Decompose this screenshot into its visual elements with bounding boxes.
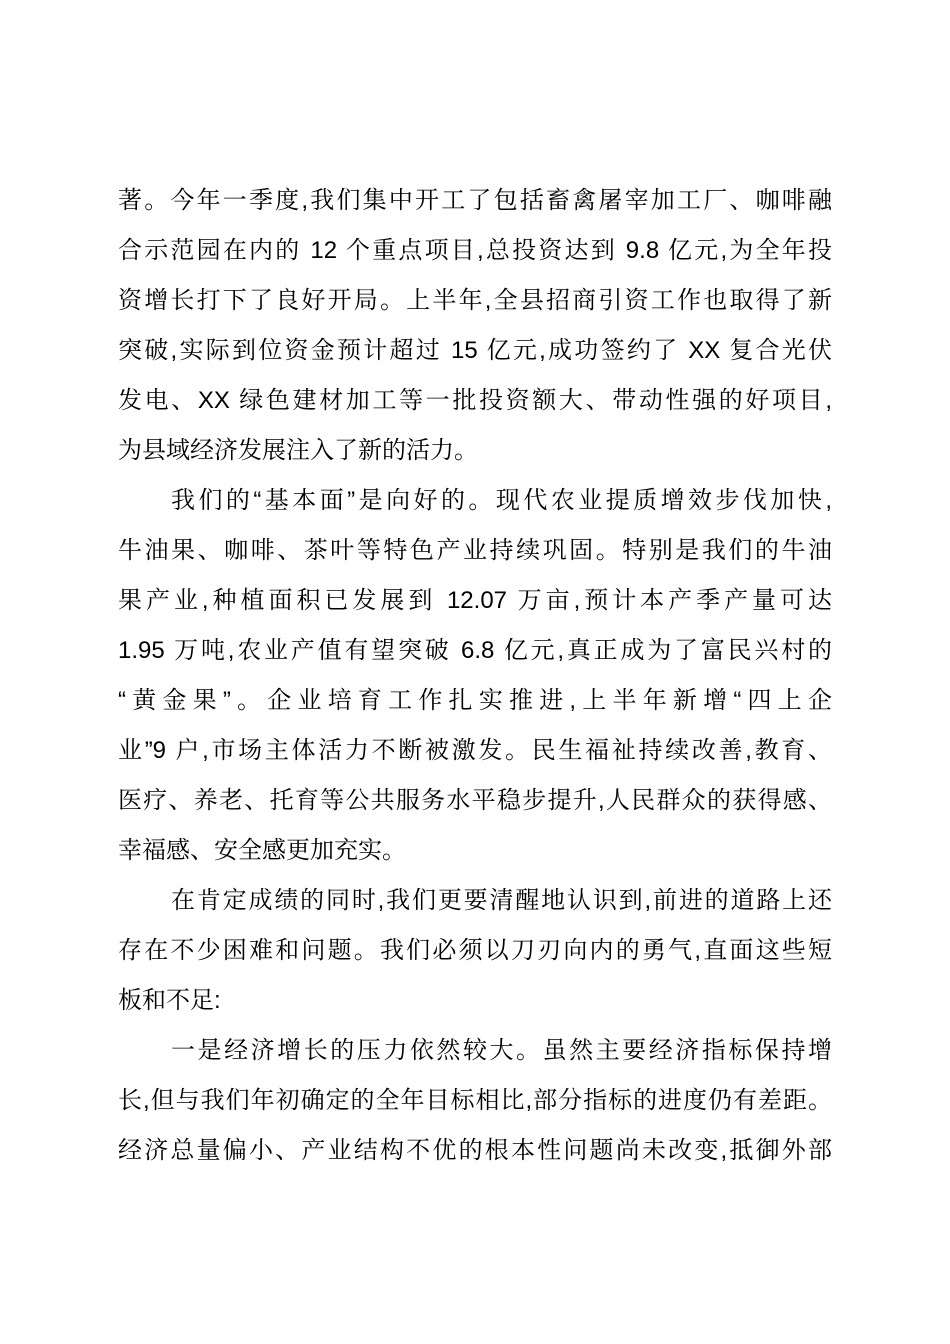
text-line: 1.95 万吨,农业产值有望突破 6.8 亿元,真正成为了富民兴村的 [118,626,832,676]
text-line: 合示范园在内的 12 个重点项目,总投资达到 9.8 亿元,为全年投 [118,226,832,276]
text-line: 我们的“基本面”是向好的。现代农业提质增效步伐加快, [118,476,832,526]
text-line: 突破,实际到位资金预计超过 15 亿元,成功签约了 XX 复合光伏 [118,326,832,376]
text-line: 业”9 户,市场主体活力不断被激发。民生福祉持续改善,教育、 [118,726,832,776]
document-page: 著。今年一季度,我们集中开工了包括畜禽屠宰加工厂、咖啡融合示范园在内的 12 个… [0,0,950,1344]
text-line: 板和不足: [118,976,832,1026]
text-line: 为县域经济发展注入了新的活力。 [118,426,832,476]
text-line: 在肯定成绩的同时,我们更要清醒地认识到,前进的道路上还 [118,876,832,926]
paragraph: 著。今年一季度,我们集中开工了包括畜禽屠宰加工厂、咖啡融合示范园在内的 12 个… [118,176,832,476]
text-line: 发电、XX 绿色建材加工等一批投资额大、带动性强的好项目, [118,376,832,426]
paragraph: 一是经济增长的压力依然较大。虽然主要经济指标保持增长,但与我们年初确定的全年目标… [118,1026,832,1176]
paragraph: 我们的“基本面”是向好的。现代农业提质增效步伐加快,牛油果、咖啡、茶叶等特色产业… [118,476,832,876]
text-line: 医疗、养老、托育等公共服务水平稳步提升,人民群众的获得感、 [118,776,832,826]
text-line: 经济总量偏小、产业结构不优的根本性问题尚未改变,抵御外部 [118,1126,832,1176]
text-line: 牛油果、咖啡、茶叶等特色产业持续巩固。特别是我们的牛油 [118,526,832,576]
text-line: “黄金果”。企业培育工作扎实推进,上半年新增“四上企 [118,676,832,726]
text-line: 一是经济增长的压力依然较大。虽然主要经济指标保持增 [118,1026,832,1076]
text-line: 存在不少困难和问题。我们必须以刀刃向内的勇气,直面这些短 [118,926,832,976]
text-block: 著。今年一季度,我们集中开工了包括畜禽屠宰加工厂、咖啡融合示范园在内的 12 个… [118,176,832,1176]
paragraph: 在肯定成绩的同时,我们更要清醒地认识到,前进的道路上还存在不少困难和问题。我们必… [118,876,832,1026]
text-line: 著。今年一季度,我们集中开工了包括畜禽屠宰加工厂、咖啡融 [118,176,832,226]
text-line: 果产业,种植面积已发展到 12.07 万亩,预计本产季产量可达 [118,576,832,626]
text-line: 长,但与我们年初确定的全年目标相比,部分指标的进度仍有差距。 [118,1076,832,1126]
text-line: 资增长打下了良好开局。上半年,全县招商引资工作也取得了新 [118,276,832,326]
text-line: 幸福感、安全感更加充实。 [118,826,832,876]
